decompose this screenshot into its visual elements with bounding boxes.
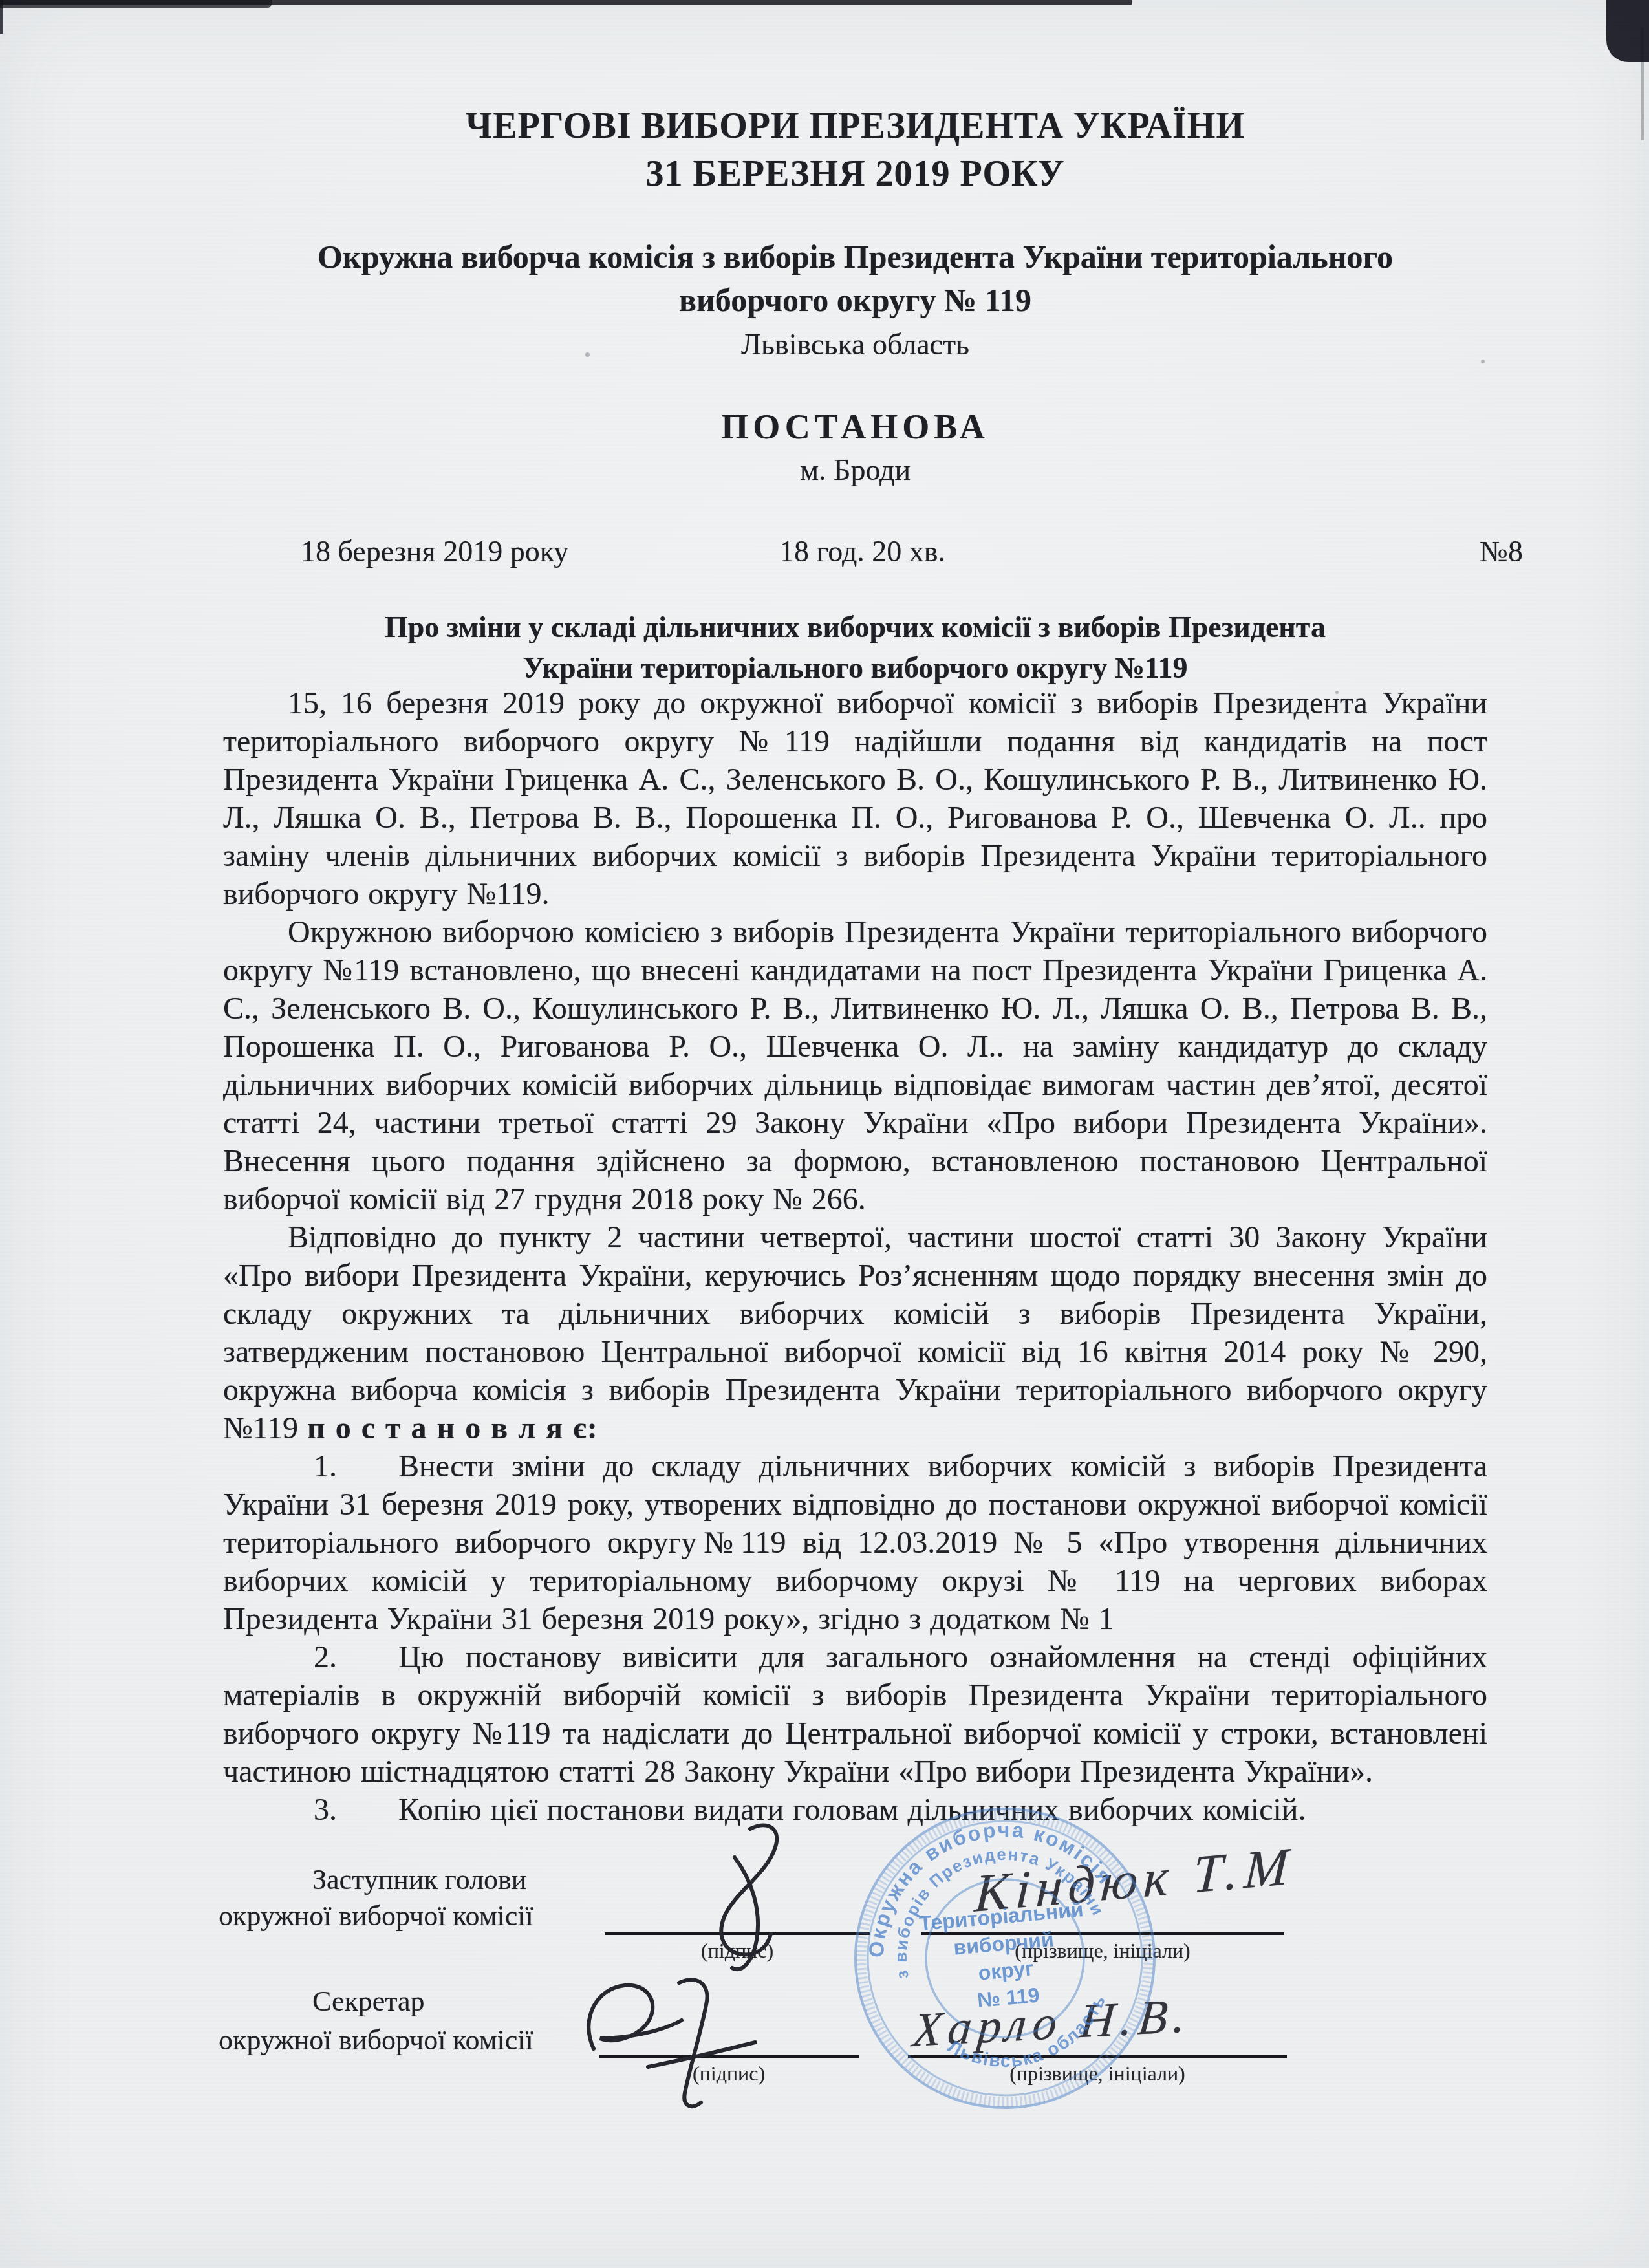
commission-name-line1: Окружна виборча комісія з виборів Презид… — [223, 235, 1487, 279]
scan-edge-left — [0, 0, 3, 34]
secretary-role-line2: окружної виборчої комісії — [219, 2023, 533, 2058]
deputy-signature-scribble — [660, 1819, 844, 1980]
act-meta-row: 18 березня 2019 року 18 год. 20 хв. №8 — [223, 534, 1523, 573]
item-text: Цю постанову вивісити для загального озн… — [223, 1640, 1487, 1789]
paragraph: 15, 16 березня 2019 року до окружної виб… — [223, 684, 1487, 913]
act-title: ПОСТАНОВА м. Броди — [223, 405, 1487, 490]
act-subject-line1: Про зміни у складі дільничних виборчих к… — [223, 607, 1487, 647]
item-number: 2. — [314, 1640, 337, 1674]
act-date: 18 березня 2019 року — [301, 534, 568, 568]
list-item: 2.Цю постанову вивісити для загального о… — [223, 1638, 1487, 1791]
commission-name-line2: виборчого округу № 119 — [223, 279, 1487, 322]
commission-round-stamp: Окружна виборча комісія з виборів Презид… — [850, 1803, 1160, 2113]
stamp-center-line1: Територіальний — [918, 1897, 1084, 1935]
act-type: ПОСТАНОВА — [223, 405, 1487, 449]
deputy-role-line2: окружної виборчої комісії — [219, 1899, 533, 1934]
item-text: Внести зміни до складу дільничних виборч… — [223, 1449, 1487, 1636]
stamp-center-line3: округ — [977, 1956, 1035, 1984]
secretary-signature-scribble — [569, 1969, 824, 2110]
act-subject-line2: України територіального виборчого округу… — [223, 647, 1487, 688]
paragraph-text: 15, 16 березня 2019 року до окружної виб… — [223, 686, 1487, 911]
secretary-role-line1: Секретар — [312, 1984, 425, 2019]
paragraph: Відповідно до пункту 2 частини четвертої… — [223, 1218, 1487, 1447]
act-number: №8 — [1480, 534, 1523, 568]
act-body: 15, 16 березня 2019 року до окружної виб… — [223, 684, 1487, 1829]
list-item: 1.Внести зміни до складу дільничних вибо… — [223, 1447, 1487, 1638]
act-place: м. Броди — [223, 450, 1487, 490]
paragraph-text: Окружною виборчою комісією з виборів Пре… — [223, 915, 1487, 1216]
paragraph: Окружною виборчою комісією з виборів Пре… — [223, 913, 1487, 1218]
item-number: 3. — [314, 1793, 337, 1827]
commission-header: Окружна виборча комісія з виборів Презид… — [223, 235, 1487, 365]
stamp-center-line2: виборчий — [953, 1927, 1055, 1959]
stamp-center-line4: № 119 — [976, 1983, 1040, 2012]
act-subject: Про зміни у складі дільничних виборчих к… — [223, 607, 1487, 688]
resolves-keyword: п о с т а н о в л я є: — [307, 1411, 598, 1445]
election-header: ЧЕРГОВІ ВИБОРИ ПРЕЗИДЕНТА УКРАЇНИ 31 БЕР… — [223, 102, 1487, 198]
scanned-document-page: ЧЕРГОВІ ВИБОРИ ПРЕЗИДЕНТА УКРАЇНИ 31 БЕР… — [0, 0, 1649, 2268]
election-header-line2: 31 БЕРЕЗНЯ 2019 РОКУ — [223, 150, 1487, 198]
item-number: 1. — [314, 1449, 337, 1484]
election-header-line1: ЧЕРГОВІ ВИБОРИ ПРЕЗИДЕНТА УКРАЇНИ — [223, 102, 1487, 150]
act-time: 18 год. 20 хв. — [779, 534, 945, 568]
commission-region: Львівська область — [223, 325, 1487, 365]
scan-edge-right — [1641, 27, 1644, 140]
deputy-role-line1: Заступник голови — [312, 1863, 526, 1897]
scan-edge-top-left — [0, 0, 272, 8]
